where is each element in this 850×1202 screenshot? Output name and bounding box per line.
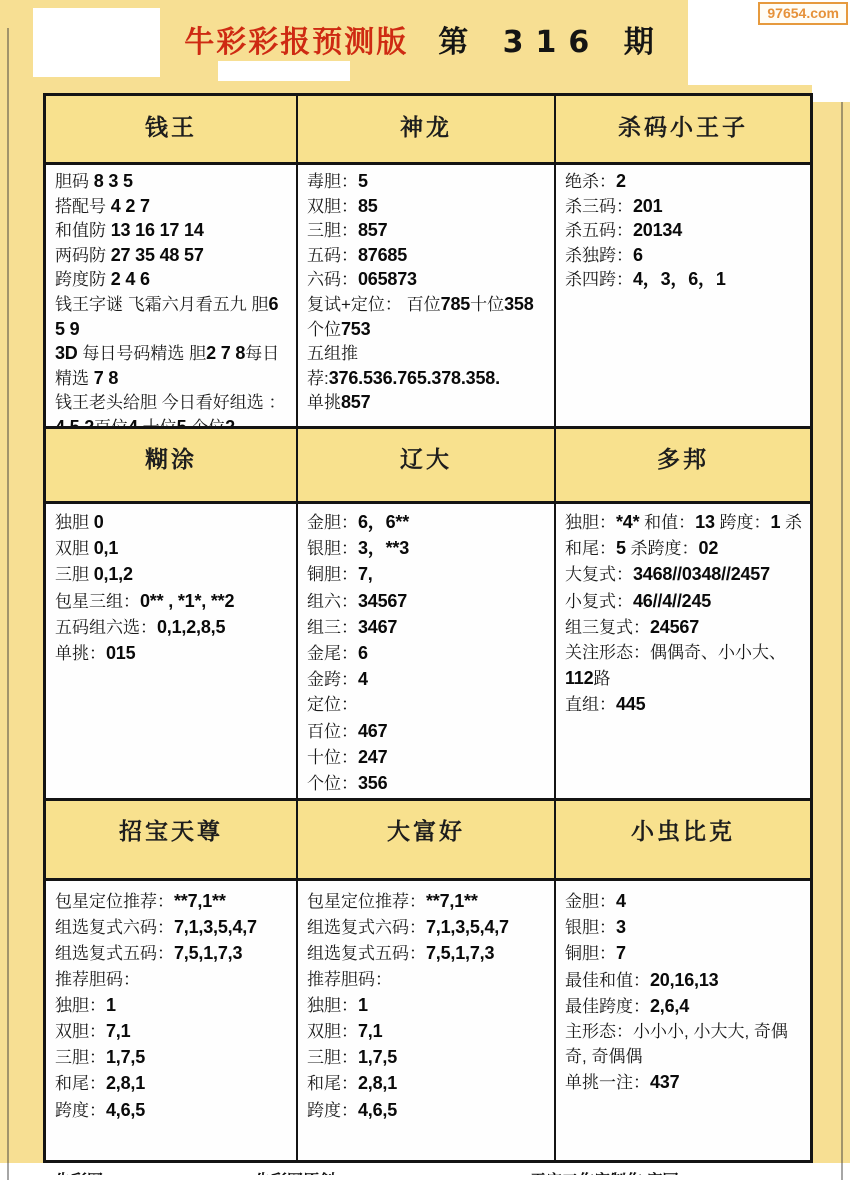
- prediction-line: 银胆：3: [565, 915, 806, 941]
- panel-header-qianwang: 钱王: [46, 96, 296, 165]
- prediction-number: 4: [616, 891, 626, 911]
- prediction-label: 五码组六选：: [55, 618, 157, 637]
- prediction-number: 4，3，6，1: [633, 269, 726, 289]
- panel-content-liaoda: 金胆：6，6**银胆：3，**3铜胆：7,组六：34567组三：3467金尾：6…: [298, 504, 554, 798]
- prediction-number: 0** , *1*, **2: [140, 591, 234, 611]
- prediction-line: 组三：3467: [307, 615, 550, 641]
- prediction-line: 百位：467: [307, 719, 550, 745]
- prediction-number: 4 2 7: [111, 196, 150, 216]
- prediction-number: 7,1: [358, 1021, 382, 1041]
- prediction-number: 247: [358, 747, 387, 767]
- erased-patch: [218, 61, 350, 81]
- prediction-number: 857: [341, 392, 370, 412]
- prediction-line: 杀独跨：6: [565, 244, 806, 269]
- panel-qianwang: 钱王胆码 8 3 5搭配号 4 2 7和值防 13 16 17 14两码防 27…: [46, 96, 298, 426]
- prediction-label: 定位：: [307, 695, 358, 714]
- prediction-line: 小复式：46//4//245: [565, 589, 806, 615]
- prediction-label: 杀四跨：: [565, 270, 633, 289]
- prediction-label: 最佳跨度：: [565, 997, 650, 1016]
- prediction-label: 搭配号: [55, 197, 111, 216]
- prediction-line: 包星三组：0** , *1*, **2: [55, 589, 292, 615]
- prediction-number: **7,1**: [426, 891, 478, 911]
- prediction-number: 3: [616, 917, 626, 937]
- prediction-line: 单挑857: [307, 391, 550, 416]
- prediction-number: 015: [106, 643, 135, 663]
- prediction-line: 五码组六选：0,1,2,8,5: [55, 615, 292, 641]
- prediction-label: 铜胆：: [307, 565, 358, 584]
- prediction-number: 85: [358, 196, 378, 216]
- prediction-label: 组选复式五码：: [307, 944, 426, 963]
- prediction-line: 银胆：3，**3: [307, 536, 550, 562]
- prediction-label: 复试+定位： 百位: [307, 295, 441, 314]
- prediction-label: 百位: [94, 418, 128, 426]
- erased-patch: [812, 85, 850, 102]
- prediction-number: 2,6,4: [650, 996, 689, 1016]
- prediction-number: 87685: [358, 245, 407, 265]
- prediction-label: 单挑一注：: [565, 1073, 650, 1092]
- prediction-number: 065873: [358, 269, 417, 289]
- prediction-label: 金胆：: [565, 892, 616, 911]
- prediction-label: 钱王老头给胆 今日看好组选 ：: [55, 393, 285, 412]
- panel-band: 糊涂独胆 0双胆 0,1三胆 0,1,2包星三组：0** , *1*, **2五…: [46, 426, 810, 798]
- prediction-number: 1: [106, 995, 116, 1015]
- prediction-number: 2,8,1: [106, 1073, 145, 1093]
- prediction-line: 金胆：4: [565, 889, 806, 915]
- prediction-number: 785: [441, 294, 470, 314]
- prediction-number: 5: [616, 538, 626, 558]
- panel-content-qianwang: 胆码 8 3 5搭配号 4 2 7和值防 13 16 17 14两码防 27 3…: [46, 165, 296, 426]
- prediction-number: 02: [699, 538, 719, 558]
- prediction-line: 和尾：2,8,1: [55, 1071, 292, 1097]
- prediction-line: 定位：: [307, 693, 550, 718]
- prediction-line: 最佳跨度：2,6,4: [565, 994, 806, 1020]
- prediction-line: 金跨：4: [307, 667, 550, 693]
- footer-band: 牛彩网—— 牛彩网原创 天宝工作室制作 家园——: [0, 1163, 850, 1202]
- prediction-label: 金尾：: [307, 644, 358, 663]
- prediction-number: 1,7,5: [106, 1047, 145, 1067]
- prediction-line: 独胆 0: [55, 510, 292, 536]
- panel-content-xiaochong-bike: 金胆：4银胆：3铜胆：7最佳和值：20,16,13最佳跨度：2,6,4主形态：小…: [556, 881, 810, 1160]
- prediction-label: 大复式：: [565, 565, 633, 584]
- prediction-line: 五组推荐:376.536.765.378.358.: [307, 342, 550, 391]
- prediction-number: 5: [358, 171, 368, 191]
- prediction-line: 杀四跨：4，3，6，1: [565, 268, 806, 293]
- panel-content-shenlong: 毒胆：5双胆：85三胆：857五码：87685六码：065873复试+定位： 百…: [298, 165, 554, 426]
- prediction-label: 路: [593, 669, 610, 688]
- prediction-number: 7,5,1,7,3: [174, 943, 242, 963]
- prediction-line: 搭配号 4 2 7: [55, 195, 292, 220]
- prediction-line: 跨度防 2 4 6: [55, 268, 292, 293]
- panel-zhaobao-tianzun: 招宝天尊包星定位推荐：**7,1**组选复式六码：7,1,3,5,4,7组选复式…: [46, 801, 298, 1160]
- prediction-label: 跨度：: [715, 513, 771, 532]
- prediction-label: 金胆：: [307, 513, 358, 532]
- prediction-label: 和尾：: [307, 1074, 358, 1093]
- prediction-number: 46//4//245: [633, 591, 711, 611]
- prediction-number: 0,1: [94, 538, 118, 558]
- prediction-number: 4,6,5: [106, 1100, 145, 1120]
- prediction-number: 24567: [650, 617, 699, 637]
- prediction-number: 13: [695, 512, 715, 532]
- prediction-label: 杀五码：: [565, 221, 633, 240]
- prediction-label: 十位: [138, 418, 177, 426]
- prediction-label: 小复式：: [565, 592, 633, 611]
- prediction-line: 独胆：*4* 和值：13 跨度：1 杀和尾：5 杀跨度：02: [565, 510, 806, 562]
- prediction-number: 3D: [55, 343, 82, 363]
- prediction-line: 钱王老头给胆 今日看好组选 ：4 5 2百位4 十位5 个位2: [55, 391, 292, 426]
- prediction-line: 组选复式五码：7,5,1,7,3: [307, 941, 550, 967]
- prediction-number: 6: [633, 245, 643, 265]
- prediction-label: 组选复式六码：: [307, 918, 426, 937]
- panel-title-dafuhao: 大富好: [387, 818, 465, 844]
- prediction-label: 十位: [470, 295, 504, 314]
- prediction-label: 三胆：: [307, 1048, 358, 1067]
- prediction-label: 包星定位推荐：: [55, 892, 174, 911]
- prediction-line: 铜胆：7: [565, 941, 806, 967]
- prediction-number: *4*: [616, 512, 639, 532]
- prediction-number: 20,16,13: [650, 970, 718, 990]
- prediction-label: 三胆：: [55, 1048, 106, 1067]
- prediction-line: 最佳和值：20,16,13: [565, 968, 806, 994]
- prediction-number: 1: [771, 512, 781, 532]
- prediction-label: 组选复式六码：: [55, 918, 174, 937]
- prediction-label: 单挑: [307, 393, 341, 412]
- prediction-line: 三胆：1,7,5: [307, 1045, 550, 1071]
- prediction-label: 主形态：小小小, 小大大, 奇偶奇, 奇偶偶: [565, 1022, 788, 1066]
- prediction-number: 7: [616, 943, 626, 963]
- panel-hutu: 糊涂独胆 0双胆 0,1三胆 0,1,2包星三组：0** , *1*, **2五…: [46, 429, 298, 798]
- panel-band: 钱王胆码 8 3 5搭配号 4 2 7和值防 13 16 17 14两码防 27…: [46, 96, 810, 426]
- prediction-label: 和值防: [55, 221, 111, 240]
- prediction-line: 个位：356: [307, 771, 550, 797]
- prediction-number: 4,6,5: [358, 1100, 397, 1120]
- prediction-number: 0,1,2,8,5: [157, 617, 225, 637]
- prediction-number: 7,5,1,7,3: [426, 943, 494, 963]
- prediction-number: 34567: [358, 591, 407, 611]
- page-edge-line-left: [7, 28, 9, 1180]
- prediction-number: 20134: [633, 220, 682, 240]
- prediction-label: 包星定位推荐：: [307, 892, 426, 911]
- prediction-line: 双胆 0,1: [55, 536, 292, 562]
- panel-header-duobang: 多邦: [556, 429, 810, 504]
- prediction-number: 7,1,3,5,4,7: [426, 917, 509, 937]
- prediction-label: 每日号码精选 胆: [82, 344, 206, 363]
- prediction-label: 杀三码：: [565, 197, 633, 216]
- prediction-label: 单挑：: [55, 644, 106, 663]
- prediction-label: 三胆：: [307, 221, 358, 240]
- prediction-label: 组三：: [307, 618, 358, 637]
- prediction-number: 3467: [358, 617, 397, 637]
- prediction-label: 推荐胆码：: [55, 970, 140, 989]
- footer-fragment-mid: 牛彩网原创: [255, 1168, 335, 1175]
- prediction-line: 杀五码：20134: [565, 219, 806, 244]
- prediction-line: 主形态：小小小, 小大大, 奇偶奇, 奇偶偶: [565, 1020, 806, 1070]
- prediction-label: 最佳和值：: [565, 971, 650, 990]
- prediction-label: 六码：: [307, 270, 358, 289]
- prediction-line: 跨度：4,6,5: [55, 1098, 292, 1124]
- prediction-number: 2: [225, 417, 235, 426]
- prediction-label: 金跨：: [307, 670, 358, 689]
- prediction-label: 组选复式五码：: [55, 944, 174, 963]
- prediction-number: 0,1,2: [94, 564, 133, 584]
- prediction-label: 双胆：: [307, 1022, 358, 1041]
- prediction-line: 和尾：2,8,1: [307, 1071, 550, 1097]
- panel-content-zhaobao-tianzun: 包星定位推荐：**7,1**组选复式六码：7,1,3,5,4,7组选复式五码：7…: [46, 881, 296, 1160]
- prediction-number: 1,7,5: [358, 1047, 397, 1067]
- panel-shama-xiaowangzi: 杀码小王子绝杀：2杀三码：201杀五码：20134杀独跨：6杀四跨：4，3，6，…: [556, 96, 810, 426]
- prediction-number: 7,1: [106, 1021, 130, 1041]
- prediction-line: 杀三码：201: [565, 195, 806, 220]
- prediction-number: 13 16 17 14: [111, 220, 204, 240]
- panel-content-duobang: 独胆：*4* 和值：13 跨度：1 杀和尾：5 杀跨度：02大复式：3468//…: [556, 504, 810, 798]
- prediction-number: 6，6**: [358, 512, 409, 532]
- prediction-number: 27 35 48 57: [111, 245, 204, 265]
- prediction-number: 2,8,1: [358, 1073, 397, 1093]
- prediction-number: 8 3 5: [94, 171, 133, 191]
- prediction-number: 0: [94, 512, 104, 532]
- panel-header-shenlong: 神龙: [298, 96, 554, 165]
- page-title: 牛彩彩报预测版第 316 期: [0, 17, 850, 61]
- panel-title-shama-xiaowangzi: 杀码小王子: [618, 114, 748, 140]
- panel-title-xiaochong-bike: 小虫比克: [631, 818, 735, 844]
- prediction-label: 绝杀：: [565, 172, 616, 191]
- prediction-line: 双胆：7,1: [55, 1019, 292, 1045]
- prediction-label: 和值：: [639, 513, 695, 532]
- prediction-label: 跨度：: [55, 1101, 106, 1120]
- prediction-label: 三胆: [55, 565, 94, 584]
- prediction-number: 112: [565, 668, 593, 688]
- prediction-line: 3D 每日号码精选 胆2 7 8每日精选 7 8: [55, 342, 292, 391]
- prediction-label: 十位：: [307, 748, 358, 767]
- panel-content-shama-xiaowangzi: 绝杀：2杀三码：201杀五码：20134杀独跨：6杀四跨：4，3，6，1: [556, 165, 810, 426]
- prediction-label: 双胆：: [307, 197, 358, 216]
- prediction-label: 独胆：: [565, 513, 616, 532]
- prediction-line: 复试+定位： 百位785十位358个位753: [307, 293, 550, 342]
- prediction-line: 包星定位推荐：**7,1**: [55, 889, 292, 915]
- panel-header-liaoda: 辽大: [298, 429, 554, 504]
- footer-fragment-left: 牛彩网——: [55, 1168, 135, 1175]
- panel-xiaochong-bike: 小虫比克金胆：4银胆：3铜胆：7最佳和值：20,16,13最佳跨度：2,6,4主…: [556, 801, 810, 1160]
- panel-title-qianwang: 钱王: [145, 114, 197, 140]
- prediction-label: 关注形态：偶偶奇、小小大、: [565, 643, 786, 662]
- prediction-label: 双胆: [55, 539, 94, 558]
- prediction-label: 直组：: [565, 695, 616, 714]
- prediction-line: 金尾：6: [307, 641, 550, 667]
- prediction-number: 2 7 8: [206, 343, 245, 363]
- panel-title-hutu: 糊涂: [145, 446, 197, 472]
- prediction-label: 胆码: [55, 172, 94, 191]
- panel-title-shenlong: 神龙: [400, 114, 452, 140]
- prediction-line: 三胆：1,7,5: [55, 1045, 292, 1071]
- prediction-line: 钱王字谜 飞霜六月看五九 胆6 5 9: [55, 293, 292, 342]
- prediction-label: 包星三组：: [55, 592, 140, 611]
- prediction-label: 铜胆：: [565, 944, 616, 963]
- prediction-number: 4: [358, 669, 368, 689]
- panel-content-dafuhao: 包星定位推荐：**7,1**组选复式六码：7,1,3,5,4,7组选复式五码：7…: [298, 881, 554, 1160]
- panel-band: 招宝天尊包星定位推荐：**7,1**组选复式六码：7,1,3,5,4,7组选复式…: [46, 798, 810, 1160]
- prediction-number: 437: [650, 1072, 679, 1092]
- prediction-line: 胆码 8 3 5: [55, 170, 292, 195]
- prediction-number: 2 4 6: [111, 269, 150, 289]
- prediction-label: 个位: [186, 418, 225, 426]
- prediction-number: 3，**3: [358, 538, 409, 558]
- prediction-line: 推荐胆码：: [55, 968, 292, 993]
- page-edge-line-right: [841, 28, 843, 1180]
- prediction-line: 单挑：015: [55, 641, 292, 667]
- prediction-number: 445: [616, 694, 645, 714]
- prediction-label: 杀独跨：: [565, 246, 633, 265]
- panel-content-hutu: 独胆 0双胆 0,1三胆 0,1,2包星三组：0** , *1*, **2五码组…: [46, 504, 296, 798]
- prediction-number: 7,1,3,5,4,7: [174, 917, 257, 937]
- prediction-label: 独胆：: [55, 996, 106, 1015]
- prediction-line: 单挑一注：437: [565, 1070, 806, 1096]
- prediction-line: 推荐胆码：: [307, 968, 550, 993]
- prediction-label: 个位：: [307, 774, 358, 793]
- prediction-label: 跨度：: [307, 1101, 358, 1120]
- prediction-label: 银胆：: [307, 539, 358, 558]
- prediction-line: 独胆：1: [307, 993, 550, 1019]
- prediction-number: 4 5 2: [55, 417, 94, 426]
- prediction-label: 和尾：: [55, 1074, 106, 1093]
- prediction-number: 201: [633, 196, 662, 216]
- prediction-line: 毒胆：5: [307, 170, 550, 195]
- prediction-line: 关注形态：偶偶奇、小小大、112路: [565, 641, 806, 692]
- prediction-number: 1: [358, 995, 368, 1015]
- prediction-line: 铜胆：7,: [307, 562, 550, 588]
- prediction-label: 五码：: [307, 246, 358, 265]
- panel-dafuhao: 大富好包星定位推荐：**7,1**组选复式六码：7,1,3,5,4,7组选复式五…: [298, 801, 556, 1160]
- watermark-badge: 97654.com: [758, 2, 848, 25]
- prediction-label: 个位: [307, 320, 341, 339]
- panel-title-zhaobao-tianzun: 招宝天尊: [119, 818, 223, 844]
- prediction-label: 独胆：: [307, 996, 358, 1015]
- prediction-line: 双胆：85: [307, 195, 550, 220]
- prediction-label: 组六：: [307, 592, 358, 611]
- panel-shenlong: 神龙毒胆：5双胆：85三胆：857五码：87685六码：065873复试+定位：…: [298, 96, 556, 426]
- prediction-board: 钱王胆码 8 3 5搭配号 4 2 7和值防 13 16 17 14两码防 27…: [43, 93, 813, 1163]
- prediction-number: 2: [616, 171, 626, 191]
- prediction-line: 金胆：6，6**: [307, 510, 550, 536]
- prediction-line: 组选复式五码：7,5,1,7,3: [55, 941, 292, 967]
- panel-header-zhaobao-tianzun: 招宝天尊: [46, 801, 296, 881]
- panel-duobang: 多邦独胆：*4* 和值：13 跨度：1 杀和尾：5 杀跨度：02大复式：3468…: [556, 429, 810, 798]
- panel-header-dafuhao: 大富好: [298, 801, 554, 881]
- prediction-line: 三胆：857: [307, 219, 550, 244]
- prediction-number: 356: [358, 773, 387, 793]
- prediction-line: 五码：87685: [307, 244, 550, 269]
- panel-title-duobang: 多邦: [657, 446, 709, 472]
- prediction-label: 杀跨度：: [626, 539, 699, 558]
- prediction-label: 钱王字谜 飞霜六月看五九 胆: [55, 295, 268, 314]
- prediction-number: 753: [341, 319, 370, 339]
- prediction-number: 467: [358, 721, 387, 741]
- prediction-line: 组三复式：24567: [565, 615, 806, 641]
- prediction-label: 毒胆：: [307, 172, 358, 191]
- prediction-label: 推荐胆码：: [307, 970, 392, 989]
- prediction-line: 双胆：7,1: [307, 1019, 550, 1045]
- prediction-line: 绝杀：2: [565, 170, 806, 195]
- prediction-label: 跨度防: [55, 270, 111, 289]
- prediction-line: 组选复式六码：7,1,3,5,4,7: [307, 915, 550, 941]
- prediction-line: 独胆：1: [55, 993, 292, 1019]
- prediction-number: 4: [128, 417, 138, 426]
- prediction-line: 包星定位推荐：**7,1**: [307, 889, 550, 915]
- panel-header-xiaochong-bike: 小虫比克: [556, 801, 810, 881]
- panel-header-shama-xiaowangzi: 杀码小王子: [556, 96, 810, 165]
- panel-liaoda: 辽大金胆：6，6**银胆：3，**3铜胆：7,组六：34567组三：3467金尾…: [298, 429, 556, 798]
- prediction-number: 857: [358, 220, 387, 240]
- panel-header-hutu: 糊涂: [46, 429, 296, 504]
- prediction-label: 百位：: [307, 722, 358, 741]
- prediction-label: 独胆: [55, 513, 94, 532]
- newspaper-title: 牛彩彩报预测版: [184, 25, 408, 60]
- footer-fragment-right: 天宝工作室制作 家园——: [530, 1168, 710, 1175]
- prediction-line: 组选复式六码：7,1,3,5,4,7: [55, 915, 292, 941]
- prediction-label: 两码防: [55, 246, 111, 265]
- prediction-line: 十位：247: [307, 745, 550, 771]
- prediction-number: 358: [504, 294, 533, 314]
- prediction-line: 跨度：4,6,5: [307, 1098, 550, 1124]
- prediction-line: 六码：065873: [307, 268, 550, 293]
- prediction-line: 大复式：3468//0348//2457: [565, 562, 806, 588]
- prediction-number: **7,1**: [174, 891, 226, 911]
- prediction-line: 三胆 0,1,2: [55, 562, 292, 588]
- issue-number: 第 316 期: [438, 25, 666, 60]
- prediction-number: 3468//0348//2457: [633, 564, 770, 584]
- prediction-number: 5: [177, 417, 187, 426]
- panel-title-liaoda: 辽大: [400, 446, 452, 472]
- prediction-label: 银胆：: [565, 918, 616, 937]
- prediction-line: 直组：445: [565, 692, 806, 718]
- prediction-line: 和值防 13 16 17 14: [55, 219, 292, 244]
- prediction-label: 组三复式：: [565, 618, 650, 637]
- prediction-number: 7,: [358, 564, 373, 584]
- prediction-line: 两码防 27 35 48 57: [55, 244, 292, 269]
- prediction-number: 376.536.765.378.358.: [329, 368, 500, 388]
- prediction-number: 7 8: [94, 368, 118, 388]
- prediction-number: 6: [358, 643, 368, 663]
- prediction-line: 组六：34567: [307, 589, 550, 615]
- prediction-label: 双胆：: [55, 1022, 106, 1041]
